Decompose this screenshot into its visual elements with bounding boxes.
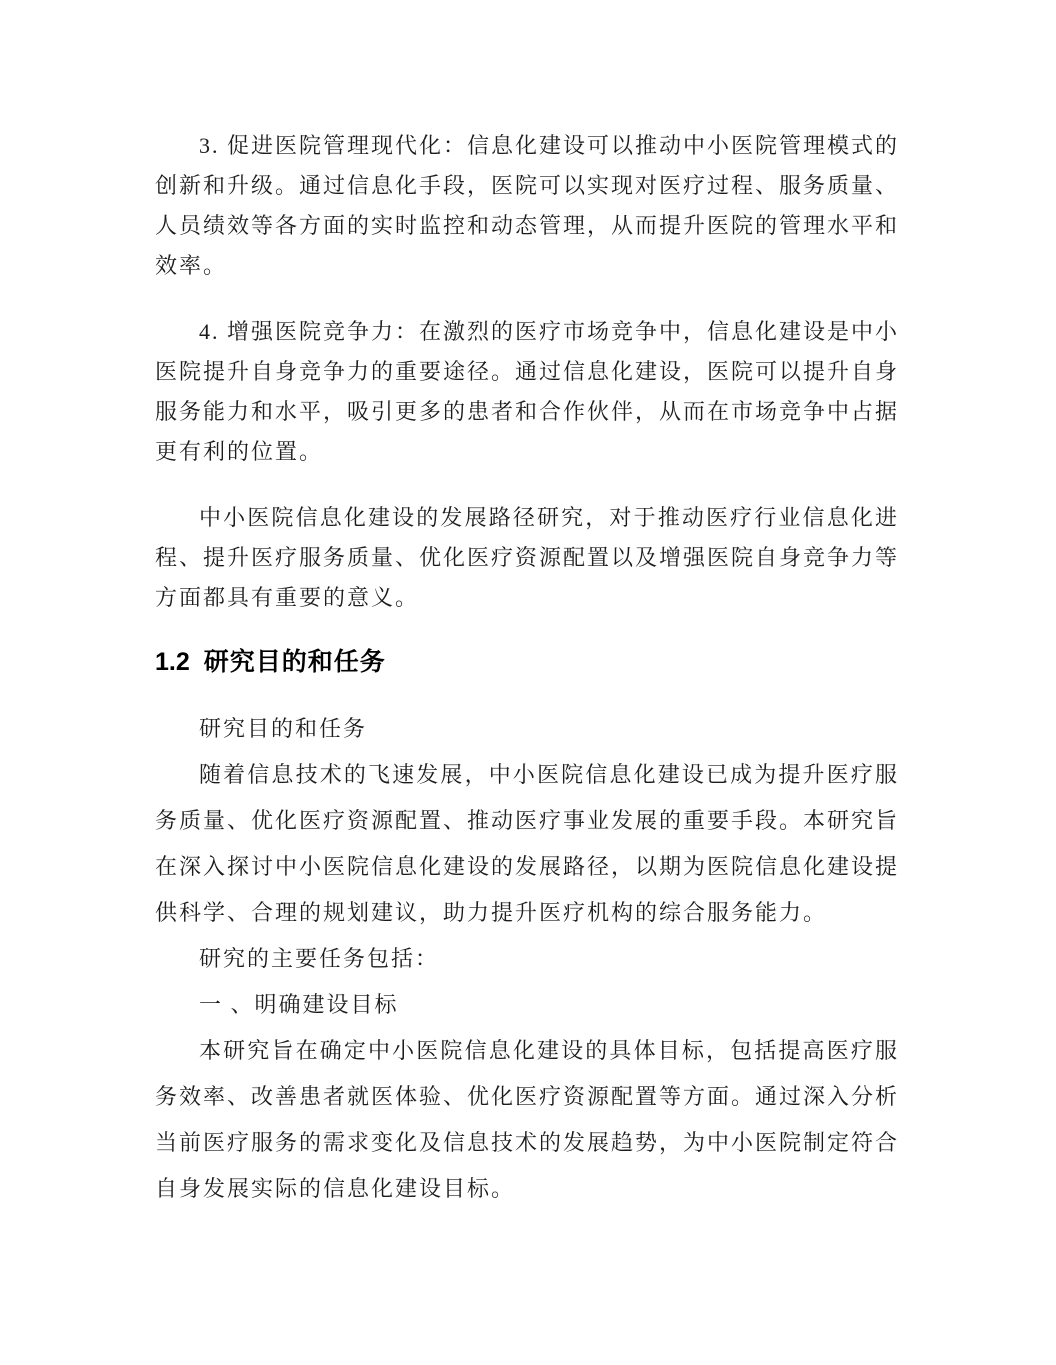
section-heading-title: 研究目的和任务 [204, 648, 386, 676]
document-page: 3. 促进医院管理现代化：信息化建设可以推动中小医院管理模式的创新和升级。通过信… [0, 0, 1056, 1365]
page-content: 3. 促进医院管理现代化：信息化建设可以推动中小医院管理模式的创新和升级。通过信… [155, 126, 899, 1212]
paragraph-promote-hospital-management: 3. 促进医院管理现代化：信息化建设可以推动中小医院管理模式的创新和升级。通过信… [155, 126, 899, 286]
subtitle-research-purpose-tasks: 研究目的和任务 [155, 706, 899, 752]
line-task-one-title: 一 、明确建设目标 [155, 982, 899, 1028]
section-heading-1-2: 1.2研究目的和任务 [155, 644, 899, 680]
paragraph-research-purpose: 随着信息技术的飞速发展，中小医院信息化建设已成为提升医疗服务质量、优化医疗资源配… [155, 752, 899, 936]
paragraph-task-one-detail: 本研究旨在确定中小医院信息化建设的具体目标，包括提高医疗服务效率、改善患者就医体… [155, 1028, 899, 1212]
paragraph-enhance-competitiveness: 4. 增强医院竞争力：在激烈的医疗市场竞争中，信息化建设是中小医院提升自身竞争力… [155, 312, 899, 472]
section-heading-number: 1.2 [155, 648, 190, 676]
paragraph-research-significance: 中小医院信息化建设的发展路径研究，对于推动医疗行业信息化进程、提升医疗服务质量、… [155, 498, 899, 618]
line-main-tasks-lead: 研究的主要任务包括： [155, 936, 899, 982]
